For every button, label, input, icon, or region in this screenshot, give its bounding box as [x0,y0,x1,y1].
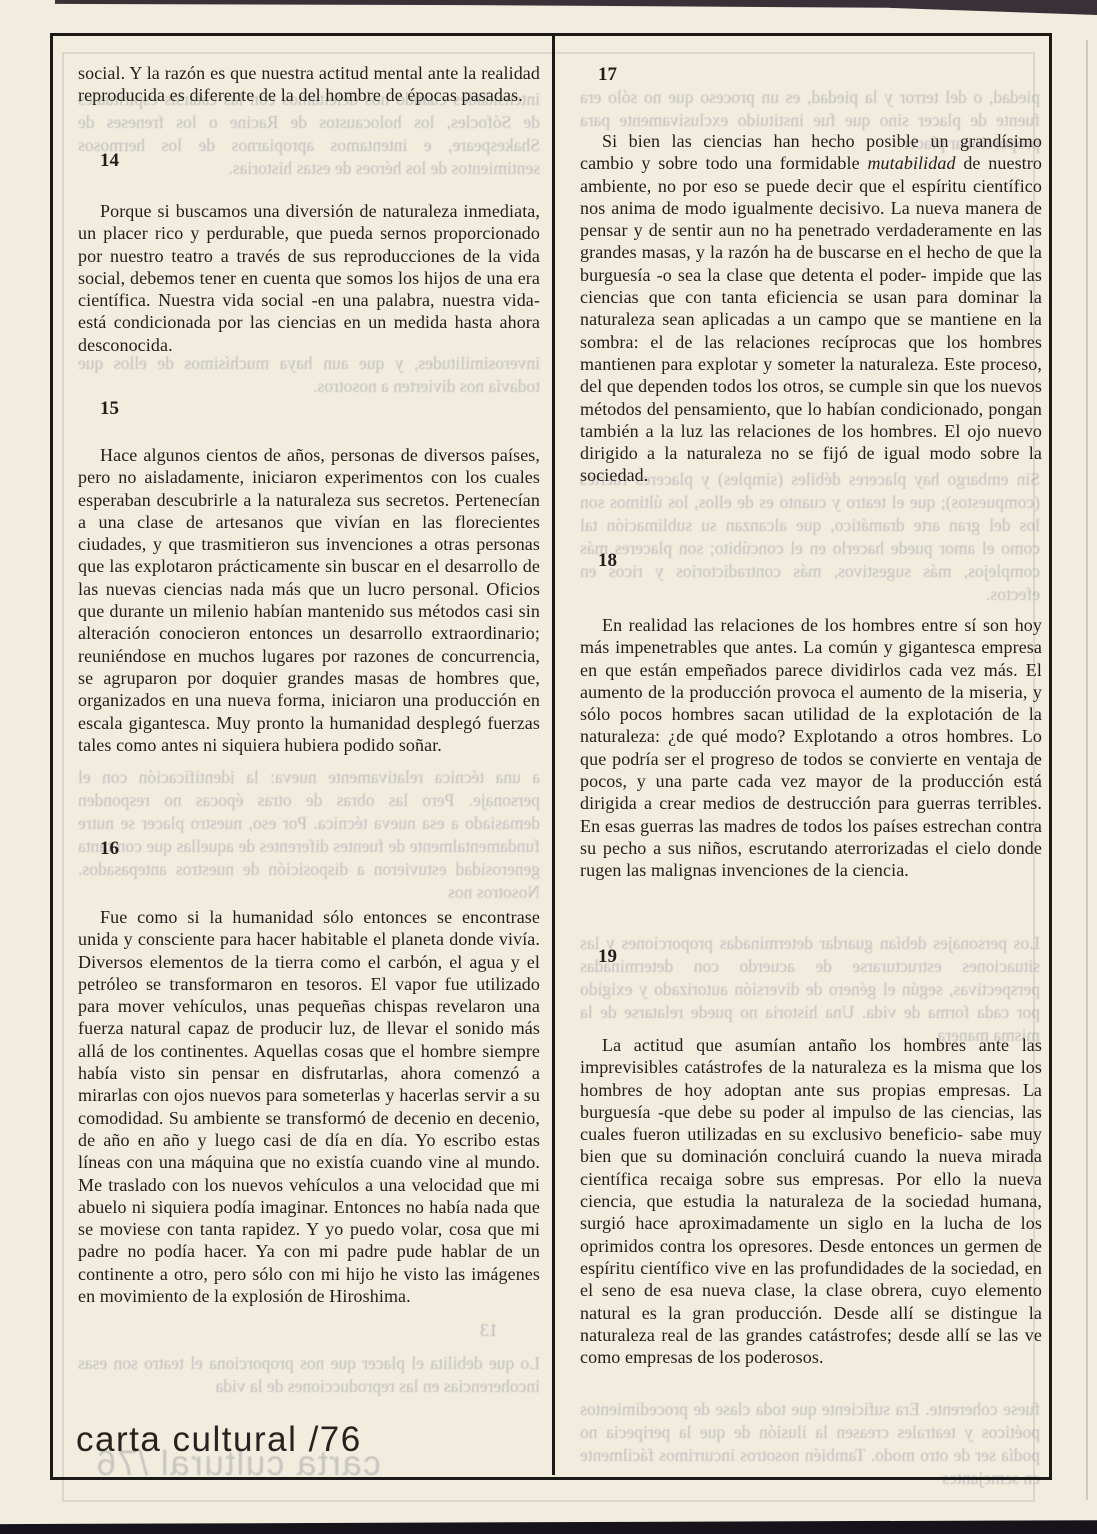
section-heading-14: 14 [100,150,119,172]
right-column: 17 Si bien las ciencias han hecho posibl… [580,0,1042,1534]
scanned-page: intensidades cuando nos deleitamos con l… [0,0,1097,1534]
continuation-paragraph: social. Y la razón es que nuestra actitu… [78,62,540,107]
page-right-edge-line [1086,40,1088,1500]
section-heading-18: 18 [598,550,617,572]
section-17-italic-word: mutabilidad [867,153,955,173]
section-17-text-after: de nuestro ambiente, no por eso se puede… [580,153,1042,485]
column-divider [552,35,555,1475]
section-17-paragraph: Si bien las ciencias han hecho posible u… [580,130,1042,487]
footer-logo: carta cultural /76 [76,1420,362,1460]
section-heading-19: 19 [598,946,617,968]
section-14-paragraph: Porque si buscamos una diversión de natu… [78,200,540,356]
section-19-paragraph: La actitud que asumían antaño los hombre… [580,1034,1042,1368]
section-heading-17: 17 [598,64,617,86]
section-18-paragraph: En realidad las relaciones de los hombre… [580,614,1042,882]
section-heading-16: 16 [100,838,119,860]
left-column: social. Y la razón es que nuestra actitu… [78,0,540,1534]
section-heading-15: 15 [100,398,119,420]
section-16-paragraph: Fue como si la humanidad sólo entonces s… [78,906,540,1307]
section-15-paragraph: Hace algunos cientos de años, personas d… [78,444,540,756]
